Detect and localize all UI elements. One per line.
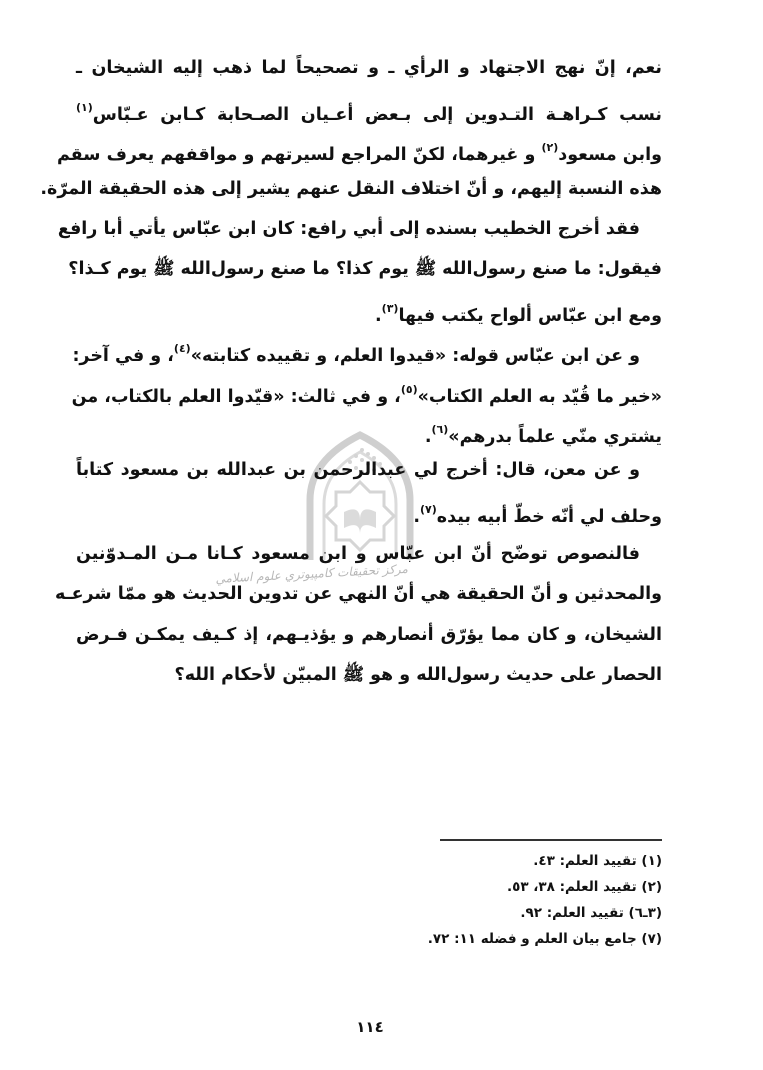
footnote-ref[interactable]: (٧) (420, 503, 437, 516)
text-line: والمحدثين و أنّ الحقيقة هي أنّ النهي عن … (76, 574, 662, 614)
footnote-1: (١) تقييد العلم: ٤٣. (300, 848, 662, 874)
footnote-ref[interactable]: (٦) (431, 423, 448, 436)
book-page: مركز تحقيقات كامپيوتري علوم اسلامي نعم، … (0, 0, 763, 1070)
footnote-ref[interactable]: (٥) (401, 383, 418, 396)
footnote-ref[interactable]: (٣) (382, 302, 399, 315)
body-text: نعم، إنّ نهج الاجتهاد و الرأي ـ و تصحيحا… (76, 48, 662, 695)
text-line: ومع ابن عبّاس ألواح يكتب فيها(٣). (76, 289, 662, 329)
text-line: هذه النسبة إليهم، و أنّ اختلاف النقل عنه… (76, 169, 662, 209)
footnotes: (١) تقييد العلم: ٤٣. (٢) تقييد العلم: ٣٨… (300, 848, 662, 952)
text-line: فقد أخرج الخطيب بسنده إلى أبي رافع: كان … (76, 209, 662, 249)
text-line: و عن ابن عبّاس قوله: «قيدوا العلم، و تقي… (76, 329, 662, 369)
footnote-3-6: (٣ـ٦) تقييد العلم: ٩٢. (300, 900, 662, 926)
text-line: نسب كـراهـة التـدوين إلى بـعض أعـيان الص… (76, 88, 662, 128)
page-number: ١١٤ (340, 1018, 400, 1036)
text-line: فيقول: ما صنع رسول‌الله ﷺ يوم كذا؟ ما صن… (76, 249, 662, 289)
footnote-ref[interactable]: (٢) (541, 141, 558, 154)
footnote-separator (440, 839, 662, 841)
footnote-ref[interactable]: (١) (76, 101, 93, 114)
text-line: فالنصوص توضّح أنّ ابن عبّاس و ابن مسعود … (76, 534, 662, 574)
text-line: الحصار على حديث رسول‌الله و هو ﷺ المبيّن… (76, 655, 662, 695)
footnote-7: (٧) جامع بيان العلم و فضله ١١: ٧٢. (300, 926, 662, 952)
text-line: وحلف لي أنّه خطّ أبيه بيده(٧). (76, 490, 662, 530)
text-line: وابن مسعود(٢) و غيرهما، لكنّ المراجع لسي… (76, 128, 662, 168)
text-line: نعم، إنّ نهج الاجتهاد و الرأي ـ و تصحيحا… (76, 48, 662, 88)
text-line: يشتري منّي علماً بدرهم»(٦). (76, 410, 662, 450)
text-line: «خير ما قُيّد به العلم الكتاب»(٥)، و في … (76, 370, 662, 410)
footnote-ref[interactable]: (٤) (174, 342, 191, 355)
footnote-2: (٢) تقييد العلم: ٣٨، ٥٣. (300, 874, 662, 900)
text-line: الشيخان، و كان مما يؤرّق أنصارهم و يؤذيـ… (76, 615, 662, 655)
text-line: و عن معن، قال: أخرج لي عبدالرحمن بن عبدا… (76, 450, 662, 490)
